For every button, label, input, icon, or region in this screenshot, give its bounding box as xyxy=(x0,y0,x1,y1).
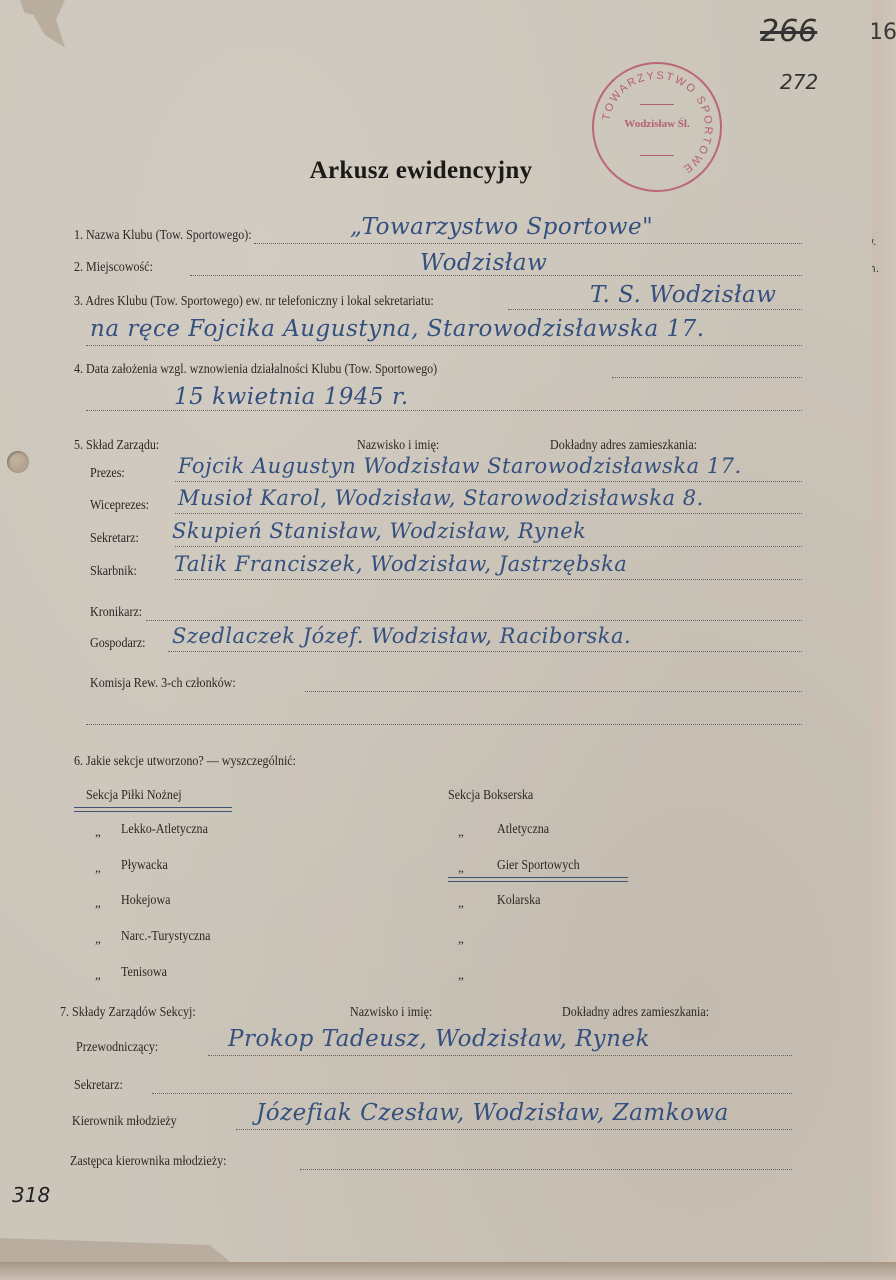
ditto-mark: „ xyxy=(95,860,101,876)
section-label-section-boards: 7. Składy Zarządów Sekcyj: xyxy=(60,1005,196,1021)
board-member-value: Skupień Stanisław, Wodzisław, Rynek xyxy=(172,519,586,543)
document-sheet: 266 272 318 TOWARZYSTWO SPORTOWE Wodzisł… xyxy=(0,0,872,1262)
field-value-club-address-1: T. S. Wodzisław xyxy=(590,282,776,308)
dotted-line xyxy=(612,377,802,378)
underlying-sheet-bottom xyxy=(0,1262,896,1280)
board-member-value: Talik Franciszek, Wodzisław, Jastrzębska xyxy=(174,552,627,576)
dotted-line xyxy=(86,410,802,411)
section-board-role-label: Kierownik młodzieży xyxy=(72,1114,177,1130)
field-label-founding-date: 4. Data założenia wzgl. wznowienia dział… xyxy=(74,362,437,378)
punch-hole xyxy=(7,451,29,473)
board-role-label: Gospodarz: xyxy=(90,636,146,652)
archive-number-bottom: 318 xyxy=(12,1183,50,1207)
ditto-mark: „ xyxy=(95,824,101,840)
board-role-label: Skarbnik: xyxy=(90,564,137,580)
board-member-value: Szedlaczek Józef. Wodzisław, Raciborska. xyxy=(172,624,631,648)
sport-section-name: Pływacka xyxy=(121,858,168,874)
board-role-label: Wiceprezes: xyxy=(90,498,149,514)
field-label-locality: 2. Miejscowość: xyxy=(74,260,153,276)
section-board-role-label: Przewodniczący: xyxy=(76,1040,158,1056)
field-value-club-name: „Towarzystwo Sportowe" xyxy=(350,214,653,240)
ditto-mark: „ xyxy=(458,895,464,911)
stamp-city: Wodzisław Śl. xyxy=(594,118,720,130)
sport-section-name: Tenisowa xyxy=(121,965,167,981)
dotted-line xyxy=(175,513,802,514)
board-role-label: Sekretarz: xyxy=(90,531,139,547)
dotted-line xyxy=(305,691,802,692)
section-board-member-value: Józefiak Czesław, Wodzisław, Zamkowa xyxy=(256,1100,729,1126)
field-label-club-name: 1. Nazwa Klubu (Tow. Sportowego): xyxy=(74,228,252,244)
stamp-ornament xyxy=(640,104,674,105)
stamp-ornament xyxy=(640,155,674,156)
selected-section-underline xyxy=(74,807,232,812)
ditto-mark: „ xyxy=(95,967,101,983)
document-title: Arkusz ewidencyjny xyxy=(0,157,842,185)
section-board-member-value: Prokop Tadeusz, Wodzisław, Rynek xyxy=(228,1026,650,1052)
ditto-mark: „ xyxy=(95,931,101,947)
board-role-label: Kronikarz: xyxy=(90,605,142,621)
board-member-value: Musioł Karol, Wodzisław, Starowodzisławs… xyxy=(178,486,704,510)
board-member-value: Fojcik Augustyn Wodzisław Starowodzisław… xyxy=(178,454,742,478)
column-header-address: Dokładny adres zamieszkania: xyxy=(562,1005,709,1021)
column-header-name: Nazwisko i imię: xyxy=(350,1005,432,1021)
dotted-line xyxy=(236,1129,792,1130)
archive-number-old: 266 xyxy=(760,14,817,49)
field-value-locality: Wodzisław xyxy=(420,250,547,276)
section-board-role-label: Zastępca kierownika młodzieży: xyxy=(70,1154,226,1170)
dotted-line xyxy=(86,724,802,725)
sport-section-name: Atletyczna xyxy=(497,822,549,838)
dotted-line xyxy=(175,579,802,580)
archive-number-new: 272 xyxy=(780,70,818,94)
selected-section-underline xyxy=(448,877,628,882)
dotted-line xyxy=(168,651,802,652)
sport-section-name: Hokejowa xyxy=(121,893,170,909)
ditto-mark: „ xyxy=(458,931,464,947)
torn-corner xyxy=(20,0,65,50)
dotted-line xyxy=(508,309,802,310)
dotted-line xyxy=(254,243,802,244)
ditto-mark: „ xyxy=(458,967,464,983)
column-header-name: Nazwisko i imię: xyxy=(357,438,439,454)
sport-section-name: Gier Sportowych xyxy=(497,858,580,874)
ditto-mark: „ xyxy=(95,895,101,911)
board-role-label: Prezes: xyxy=(90,466,125,482)
sport-section-name: Narc.-Turystyczna xyxy=(121,929,211,945)
dotted-line xyxy=(175,546,802,547)
sport-section-name: Sekcja Piłki Nożnej xyxy=(86,788,182,804)
field-value-club-address-2: na ręce Fojcika Augustyna, Starowodzisła… xyxy=(90,316,705,342)
dotted-line xyxy=(152,1093,792,1094)
field-label-club-address: 3. Adres Klubu (Tow. Sportowego) ew. nr … xyxy=(74,294,434,310)
field-value-founding-date: 15 kwietnia 1945 r. xyxy=(174,384,409,410)
column-header-address: Dokładny adres zamieszkania: xyxy=(550,438,697,454)
section-label-sections: 6. Jakie sekcje utworzono? — wyszczególn… xyxy=(74,754,296,770)
dotted-line xyxy=(86,345,802,346)
dotted-line xyxy=(175,481,802,482)
board-role-label: Komisja Rew. 3-ch członków: xyxy=(90,676,236,692)
dotted-line xyxy=(300,1169,792,1170)
underlying-sheet-mark: 16 xyxy=(869,20,896,45)
ditto-mark: „ xyxy=(458,824,464,840)
dotted-line xyxy=(146,620,802,621)
sport-section-name: Kolarska xyxy=(497,893,540,909)
sport-section-name: Sekcja Bokserska xyxy=(448,788,533,804)
ditto-mark: „ xyxy=(458,860,464,876)
section-label-board: 5. Skład Zarządu: xyxy=(74,438,159,454)
section-board-role-label: Sekretarz: xyxy=(74,1078,123,1094)
sport-section-name: Lekko-Atletyczna xyxy=(121,822,208,838)
dotted-line xyxy=(208,1055,792,1056)
